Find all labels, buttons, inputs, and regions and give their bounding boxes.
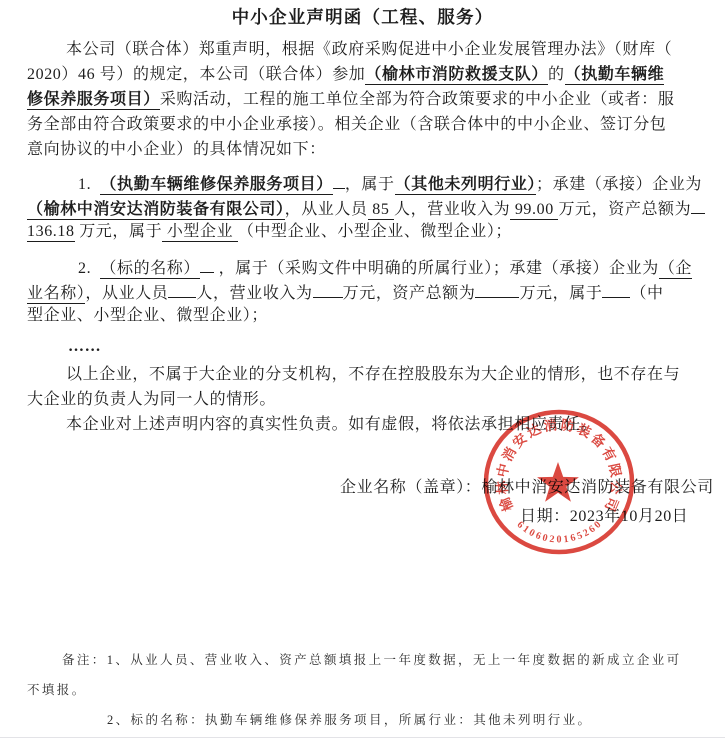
seal-company-char: 防 [560,416,576,434]
text-segment: （标的名称） [100,260,200,279]
text-segment: 以上企业，不属于大企业的分支机构，不存在控股股东为大企业的情形，也不存在与 [66,366,680,383]
seal-company-char: 司 [602,495,622,514]
text-segment: 备注：1、从业人员、营业收入、资产总额填报上一年度数据，无上一年度数据的新成立企… [62,653,682,667]
company-seal-graphic: 榆林中消安达消防装备有限公司6106020165260 [482,406,638,562]
document-line: 以上企业，不属于大企业的分支机构，不存在控股股东为大企业的情形，也不存在与 [66,364,680,385]
text-segment [168,280,196,298]
seal-number-digit: 0 [541,532,549,544]
text-segment: 本公司（联合体）郑重声明，根据《政府采购促进中小企业发展管理办法》（财库（ [66,41,672,58]
page-bottom-edge [0,737,725,738]
text-segment: 人，营业收入为 [394,201,510,218]
text-segment: 修保养服务项目） [27,91,160,110]
text-segment: ，从业人员 [285,201,368,218]
document-line: 136.18 万元，属于 小型企业 （中型企业、小型企业、微型企业）； [27,221,512,242]
text-segment [333,171,345,189]
text-segment: 万元，属于 [75,223,163,240]
text-segment: ；承建（承接）企业为 [536,176,702,193]
company-seal: 榆林中消安达消防装备有限公司6106020165260 [482,406,638,562]
text-segment: （中型企业、小型企业、微型企业）； [238,223,512,240]
text-segment: ，属于 [345,176,395,193]
seal-company-char: 林 [493,480,510,495]
text-segment: 大企业的负责人为同一人的情形。 [27,391,276,408]
text-segment [691,196,705,214]
text-segment: 意向协议的中小企业）的具体情况如下： [27,141,326,158]
text-segment [200,255,214,273]
seal-company-char: 达 [524,420,544,441]
document-line: 业名称），从业人员人，营业收入为万元，资产总额为万元，属于（中 [27,280,664,304]
document-line: 务全部由符合政策要求的中小企业承接）。相关企业（含联合体中的中小企业、签订分包 [27,114,666,135]
text-segment: 人，营业收入为 [196,285,312,302]
seal-number-digit: 2 [549,534,555,546]
seal-number-digit: 0 [557,535,562,546]
star-icon [537,462,579,502]
document-line: 型企业、小型企业、微型企业）； [27,305,268,326]
seal-company-char: 公 [608,480,624,495]
text-segment: ，属于（采购文件中明确的所属行业）；承建（承接）企业为 [214,260,659,277]
text-segment: 2、标的名称：执勤车辆维修保养服务项目，所属行业：其他未列明行业。 [107,713,592,727]
document-line: 2、标的名称：执勤车辆维修保养服务项目，所属行业：其他未列明行业。 [107,710,592,731]
seal-company-char: 中 [494,462,512,478]
text-segment: …… [68,338,101,355]
document-line: 意向协议的中小企业）的具体情况如下： [27,139,326,160]
document-line: （榆林中消安达消防装备有限公司），从业人员 85 人，营业收入为 99.00 万… [27,196,705,220]
text-segment: （其他未列明行业） [395,176,536,195]
text-segment: 型企业、小型企业、微型企业）； [27,307,268,324]
text-segment: 99.00 [510,201,558,220]
document-line: 2. （标的名称） ，属于（采购文件中明确的所属行业）；承建（承接）企业为（企 [78,255,692,279]
text-segment: （执勤车辆维修保养服务项目） [100,176,332,195]
seal-company-char: 有 [599,444,620,464]
text-segment: 业名称） [27,285,85,304]
seal-company-char: 限 [606,462,624,479]
text-segment: 采购活动，工程的施工单位全部为符合政策要求的中小企业（或者：服 [160,91,675,108]
document-line: 备注：1、从业人员、营业收入、资产总额填报上一年度数据，无上一年度数据的新成立企… [62,650,682,671]
text-segment: 136.18 [27,223,75,242]
document-line: 1. （执勤车辆维修保养服务项目），属于（其他未列明行业）；承建（承接）企业为 [78,171,702,195]
text-segment [602,280,630,298]
text-segment: （榆林中消安达消防装备有限公司） [27,201,285,220]
text-segment: 2. [78,260,100,277]
text-segment: 万元，资产总额为 [558,201,691,218]
text-segment: 1. [78,176,100,193]
text-segment: （执勤车辆维 [565,66,665,85]
seal-company-char: 榆 [496,495,516,514]
text-segment [313,280,343,298]
document-line: …… [68,336,101,357]
declaration-document-page: 中小企业声明函（工程、服务）本公司（联合体）郑重声明，根据《政府采购促进中小企业… [0,0,725,743]
seal-number-digit: 1 [563,534,569,546]
document-line: 2020）46 号）的规定，本公司（联合体）参加（榆林市消防救援支队）的（执勤车… [27,64,664,85]
text-segment: ，从业人员 [85,285,168,302]
document-title: 中小企业声明函（工程、服务） [0,7,725,28]
document-line: 大企业的负责人为同一人的情形。 [27,389,276,410]
text-segment: （榆林市消防救援支队） [365,66,548,85]
text-segment: 85 [368,201,394,220]
text-segment: 万元，资产总额为 [343,285,476,302]
text-segment: 中小企业声明函（工程、服务） [232,7,494,27]
text-segment [475,280,519,298]
text-segment: 万元，属于 [519,285,602,302]
text-segment: 2020）46 号）的规定，本公司（联合体）参加 [27,66,365,83]
text-segment: （中 [630,285,663,302]
text-segment: 小型企业 [162,223,238,242]
document-line: 不填报。 [27,680,87,701]
text-segment: 的 [548,66,565,83]
document-line: 修保养服务项目）采购活动，工程的施工单位全部为符合政策要求的中小企业（或者：服 [27,89,674,110]
text-segment: 务全部由符合政策要求的中小企业承接）。相关企业（含联合体中的中小企业、签订分包 [27,116,666,133]
document-line: 本公司（联合体）郑重声明，根据《政府采购促进中小企业发展管理办法》（财库（ [66,39,672,60]
seal-company-char: 消 [542,416,558,434]
text-segment: 不填报。 [27,683,87,697]
text-segment: （企 [659,260,692,279]
